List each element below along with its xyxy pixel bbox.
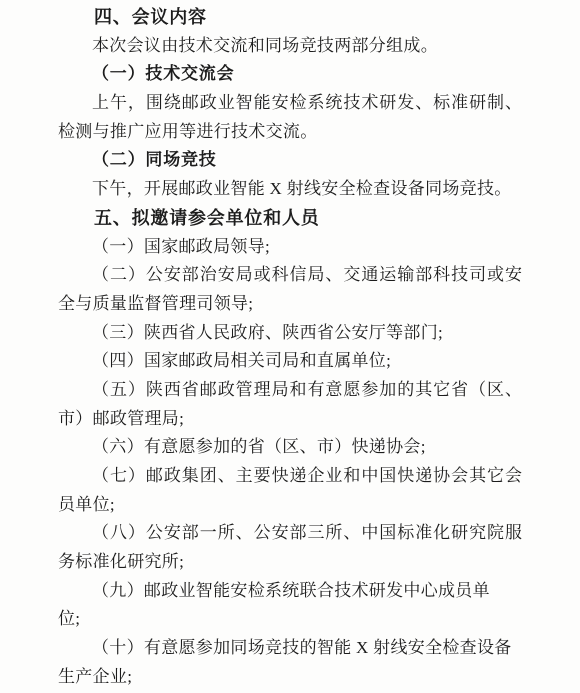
- body-text-line: 全与质量监督管理司领导;: [58, 290, 522, 319]
- heading-line: （一）技术交流会: [58, 60, 522, 89]
- body-text-line: 市）邮政管理局;: [58, 405, 522, 434]
- body-text-line: （八）公安部一所、公安部三所、中国标准化研究院服: [58, 519, 522, 548]
- document-page: 四、会议内容本次会议由技术交流和同场竞技两部分组成。（一）技术交流会上午，围绕邮…: [0, 0, 580, 693]
- body-text-line: 务标准化研究所;: [58, 548, 522, 577]
- body-text-line: （一）国家邮政局领导;: [58, 233, 522, 262]
- body-text-line: （三）陕西省人民政府、陕西省公安厅等部门;: [58, 319, 522, 348]
- body-text-line: 本次会议由技术交流和同场竞技两部分组成。: [58, 32, 522, 61]
- heading-line: 五、拟邀请参会单位和人员: [58, 204, 522, 233]
- body-text-line: 员单位;: [58, 491, 522, 520]
- body-text-line: （七）邮政集团、主要快递企业和中国快递协会其它会: [58, 462, 522, 491]
- body-text-line: 位;: [58, 605, 522, 634]
- body-text-line: 上午，围绕邮政业智能安检系统技术研发、标准研制、: [58, 89, 522, 118]
- body-text-line: 生产企业;: [58, 663, 522, 692]
- heading-line: （二）同场竞技: [58, 146, 522, 175]
- body-text-line: （五）陕西省邮政管理局和有意愿参加的其它省（区、: [58, 376, 522, 405]
- body-text-line: （四）国家邮政局相关司局和直属单位;: [58, 347, 522, 376]
- body-text-line: 检测与推广应用等进行技术交流。: [58, 118, 522, 147]
- body-text-line: 下午，开展邮政业智能 X 射线安全检查设备同场竞技。: [58, 175, 522, 204]
- document-body: 四、会议内容本次会议由技术交流和同场竞技两部分组成。（一）技术交流会上午，围绕邮…: [58, 3, 522, 692]
- body-text-line: （九）邮政业智能安检系统联合技术研发中心成员单: [58, 577, 522, 606]
- body-text-line: （二）公安部治安局或科信局、交通运输部科技司或安: [58, 261, 522, 290]
- heading-line: 四、会议内容: [58, 3, 522, 32]
- body-text-line: （六）有意愿参加的省（区、市）快递协会;: [58, 433, 522, 462]
- body-text-line: （十）有意愿参加同场竞技的智能 X 射线安全检查设备: [58, 634, 522, 663]
